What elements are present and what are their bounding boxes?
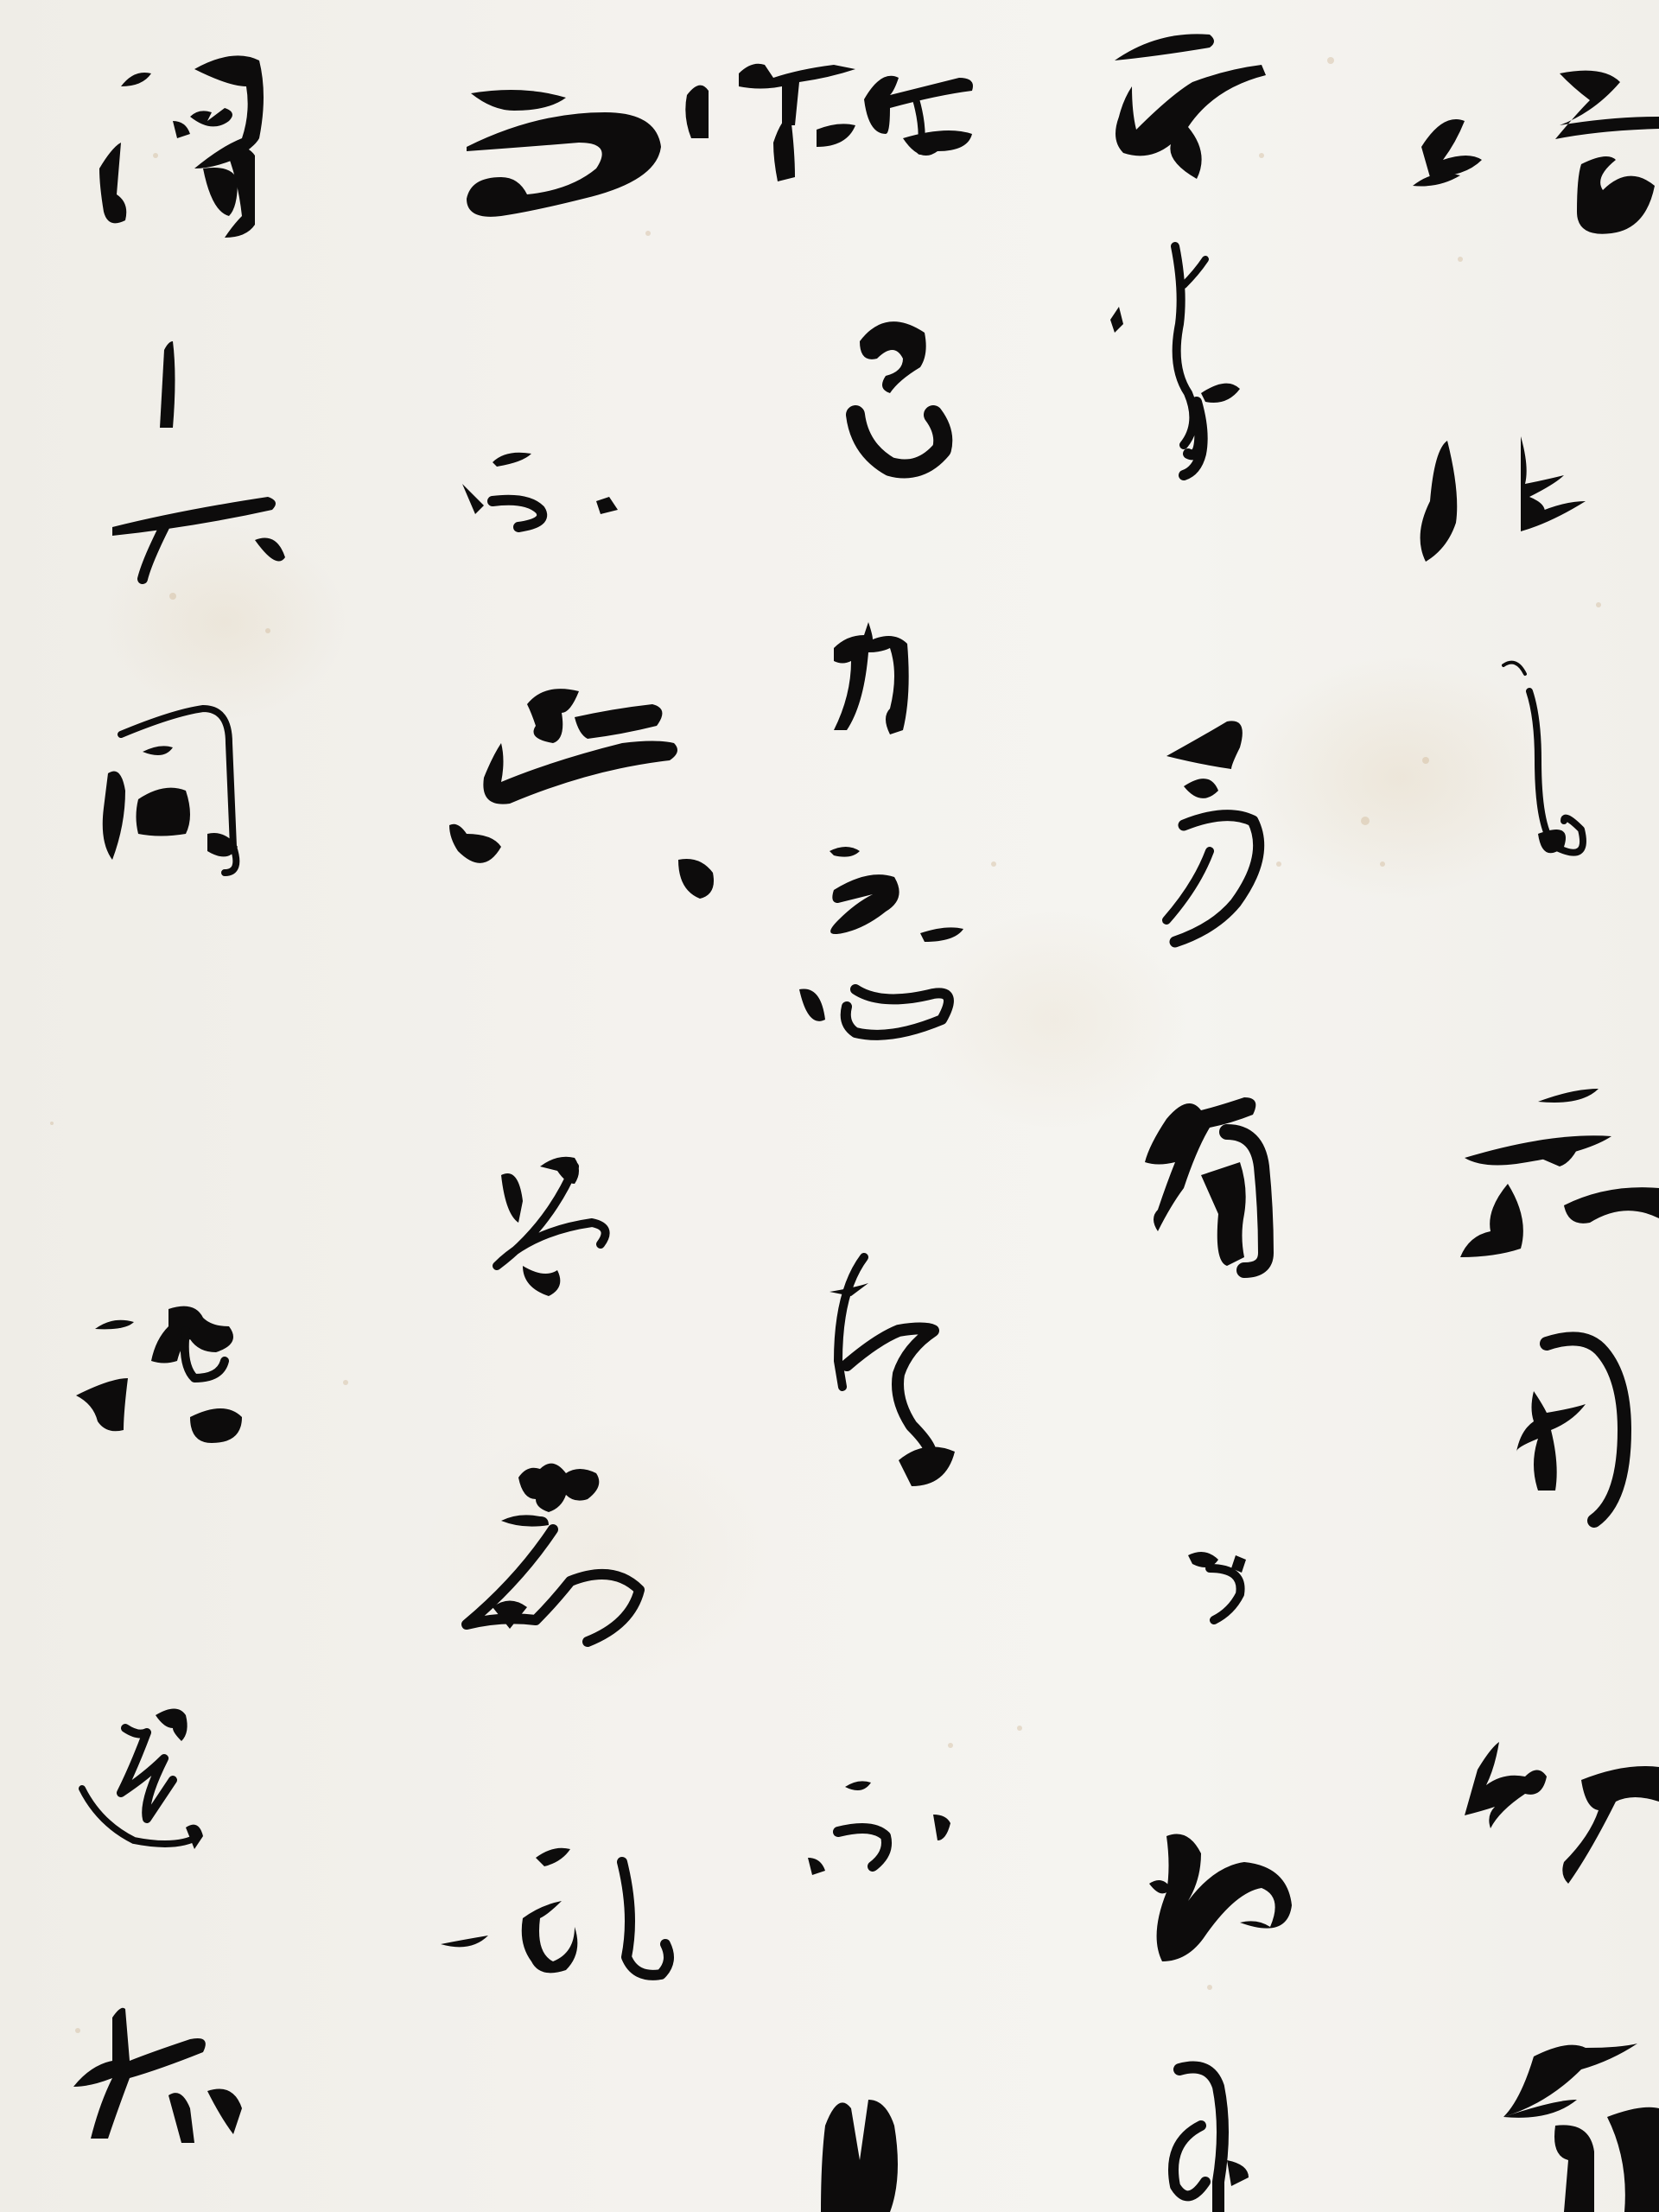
glyph-col3-5 bbox=[829, 1257, 955, 1486]
glyph-col3-1 bbox=[773, 76, 973, 181]
glyph-col1-4 bbox=[1460, 1089, 1659, 1257]
glyph-col4-3 bbox=[449, 689, 714, 899]
glyph-col3-4 bbox=[799, 847, 963, 1035]
glyph-col2-4 bbox=[1145, 1097, 1266, 1270]
glyph-col4-1 bbox=[467, 64, 855, 217]
glyph-col4-4 bbox=[467, 1464, 639, 1642]
glyph-col4-5 bbox=[441, 1848, 669, 1975]
glyph-col5-6 bbox=[73, 2008, 242, 2143]
glyph-col2-5 bbox=[1188, 1552, 1246, 1620]
glyph-col5-5 bbox=[82, 1709, 203, 1850]
glyph-col3-3 bbox=[834, 622, 909, 734]
glyph-col4-3b bbox=[497, 1157, 606, 1296]
column-4 bbox=[441, 64, 855, 1975]
glyph-col2-7 bbox=[1173, 2068, 1249, 2212]
column-2 bbox=[1110, 34, 1292, 2212]
glyph-col1-3 bbox=[1503, 663, 1583, 854]
glyph-col2-3 bbox=[1166, 721, 1259, 942]
glyph-col1-7 bbox=[1503, 2044, 1659, 2212]
glyph-col1-6 bbox=[1465, 1742, 1659, 1884]
calligraphy-canvas bbox=[0, 0, 1659, 2212]
glyph-col2-2 bbox=[1110, 246, 1240, 475]
column-1 bbox=[1413, 71, 1659, 2212]
glyph-col1-5 bbox=[1516, 1338, 1624, 1521]
glyph-col1-2 bbox=[1421, 436, 1586, 562]
glyph-col5-1 bbox=[99, 55, 264, 238]
glyph-col5-2 bbox=[112, 341, 285, 579]
column-3 bbox=[773, 76, 973, 2212]
glyph-col5-4 bbox=[76, 1306, 242, 1443]
glyph-col3-2 bbox=[855, 321, 943, 468]
glyph-col4-2 bbox=[462, 453, 618, 527]
glyph-col3-6 bbox=[808, 1781, 950, 1875]
paper-foxing-spots bbox=[50, 57, 1601, 2033]
glyph-col1-1 bbox=[1413, 71, 1659, 234]
glyph-col2-1 bbox=[1115, 34, 1266, 179]
column-5 bbox=[73, 55, 285, 2143]
glyph-col3-7 bbox=[821, 2100, 898, 2212]
glyph-col2-6 bbox=[1149, 1834, 1292, 1962]
glyph-col5-3 bbox=[103, 709, 238, 873]
paper-background bbox=[0, 0, 1659, 2212]
